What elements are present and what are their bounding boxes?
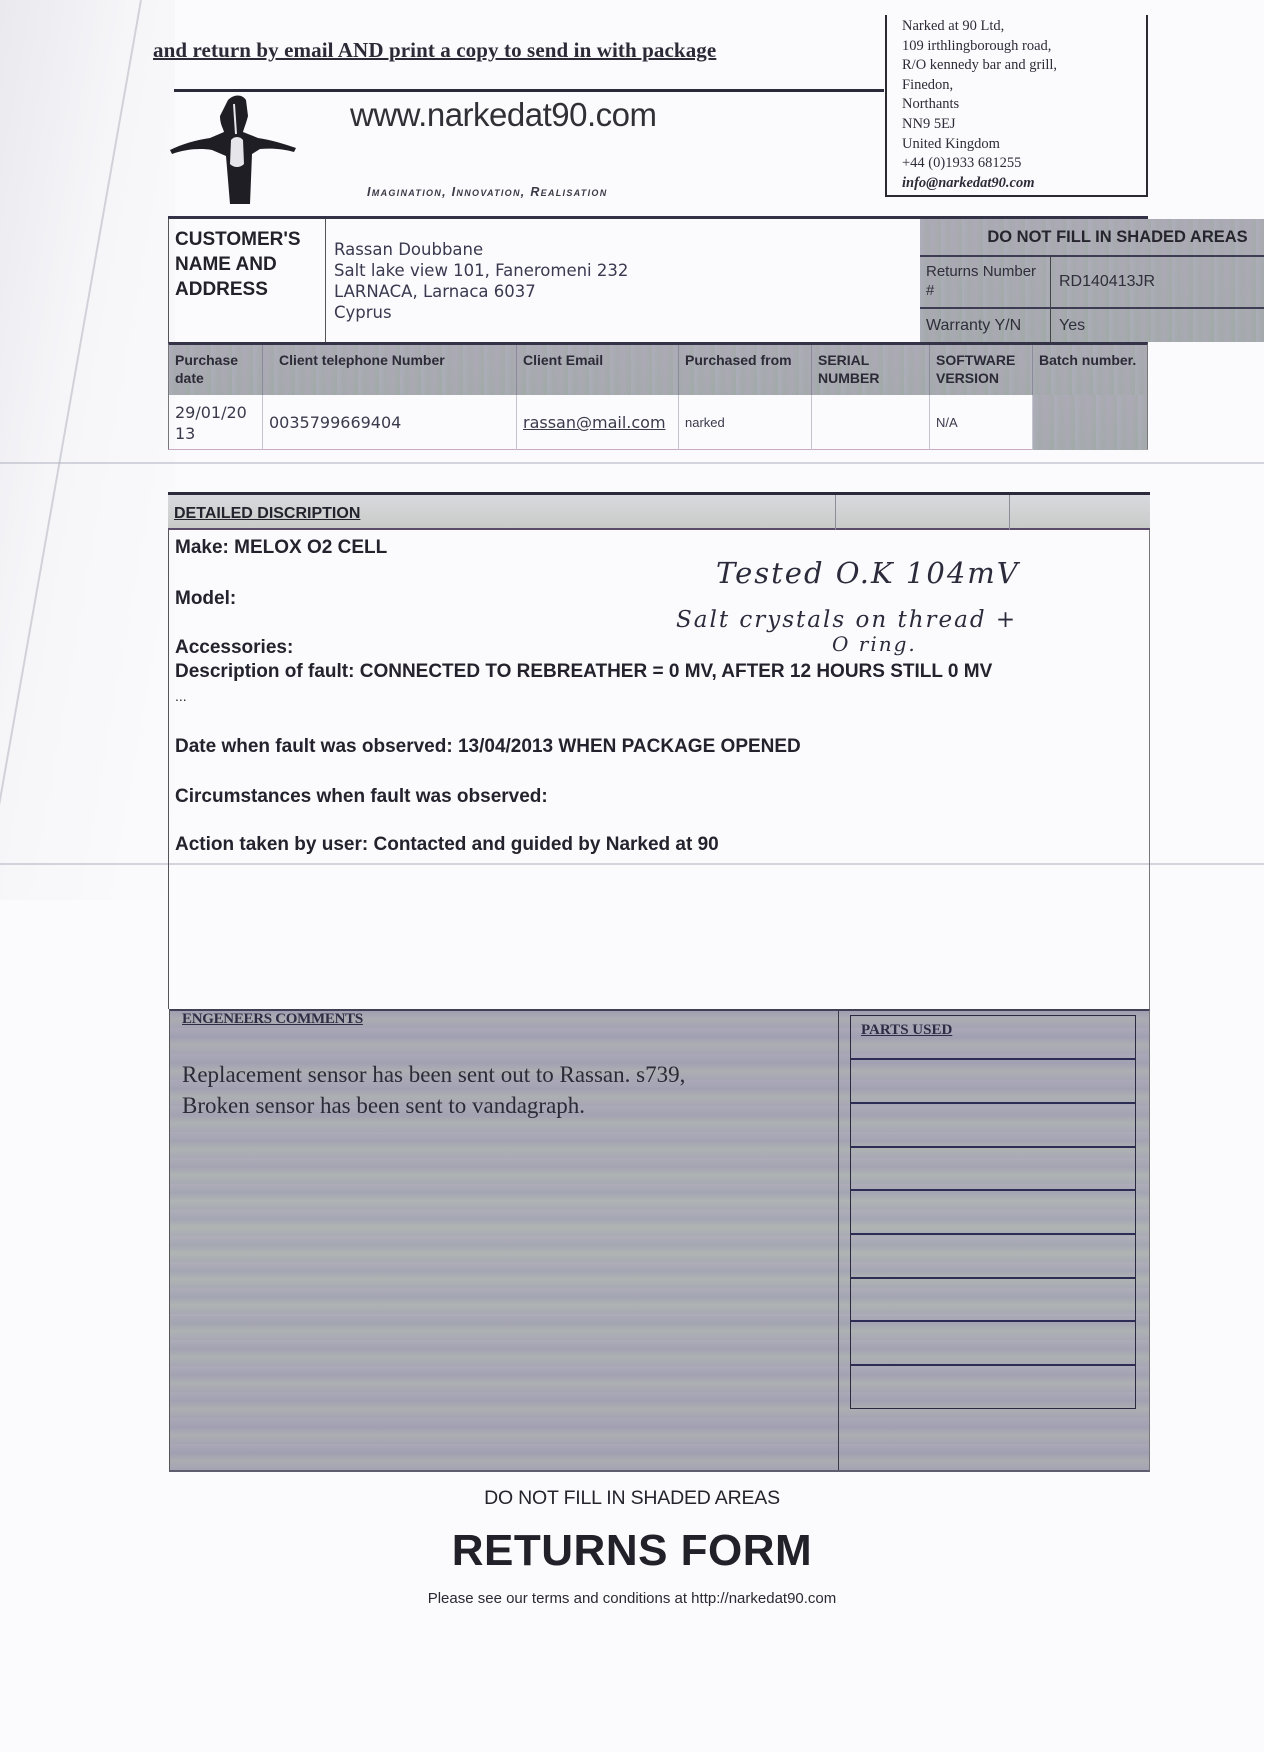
handwritten-note-salt: Salt crystals on thread + (676, 607, 1017, 633)
engineers-comment-text: Replacement sensor has been sent out to … (182, 1059, 685, 1121)
paper-crease (0, 462, 1264, 464)
action-taken-field[interactable]: Action taken by user: Contacted and guid… (175, 834, 719, 856)
detail-header-bar: DETAILED DISCRIPTION (168, 492, 1150, 530)
company-email[interactable]: info@narkedat90.com (902, 174, 1146, 194)
column-header-software-version: SOFTWARE VERSION (930, 345, 1033, 395)
address-line: Northants (902, 95, 1146, 115)
terms-link-text[interactable]: Please see our terms and conditions at h… (0, 1590, 1264, 1607)
detailed-description-section: DETAILED DISCRIPTION Make: MELOX O2 CELL… (168, 492, 1150, 1009)
instruction-text: and return by email AND print a copy to … (153, 38, 716, 63)
customer-address-field[interactable]: Rassan Doubbane Salt lake view 101, Fane… (326, 219, 920, 342)
parts-row-line (851, 1189, 1135, 1191)
company-address-box: Narked at 90 Ltd, 109 irthlingborough ro… (885, 15, 1148, 197)
telephone-cell[interactable]: 0035799669404 (263, 395, 517, 450)
column-header-purchase-date: Purchase date (169, 345, 263, 395)
comment-line: Replacement sensor has been sent out to … (182, 1059, 685, 1090)
label-line: ADDRESS (175, 277, 319, 302)
company-phone: +44 (0)1933 681255 (902, 154, 1146, 174)
label-line: NAME AND (175, 252, 319, 277)
warranty-value: Yes (1051, 309, 1264, 342)
returns-number-label: Returns Number # (920, 257, 1051, 309)
email-cell[interactable]: rassan@mail.com (517, 395, 679, 450)
parts-row-line (851, 1277, 1135, 1279)
divider (838, 1011, 839, 1470)
software-version-cell[interactable]: N/A (930, 395, 1033, 450)
client-email-link[interactable]: rassan@mail.com (523, 412, 666, 433)
make-field[interactable]: Make: MELOX O2 CELL (175, 537, 387, 559)
engineers-comments-title: ENGENEERS COMMENTS (182, 1011, 363, 1028)
customer-table: CUSTOMER'S NAME AND ADDRESS Rassan Doubb… (168, 216, 1148, 342)
column-header-batch-number: Batch number. (1033, 345, 1147, 395)
parts-row-line (851, 1233, 1135, 1235)
comment-line: Broken sensor has been sent to vandagrap… (182, 1090, 685, 1121)
parts-row-line (851, 1058, 1135, 1060)
customer-city: LARNACA, Larnaca 6037 (334, 281, 920, 302)
divider (1009, 495, 1010, 530)
model-field[interactable]: Model: (175, 588, 236, 610)
address-line: Finedon, (902, 76, 1146, 96)
parts-row-line (851, 1102, 1135, 1104)
customer-country: Cyprus (334, 302, 920, 323)
detailed-description-title: DETAILED DISCRIPTION (174, 505, 360, 523)
parts-row-line (851, 1146, 1135, 1148)
address-line: 109 irthlingborough road, (902, 37, 1146, 57)
header-rule (174, 89, 884, 92)
fault-description-field[interactable]: Description of fault: CONNECTED TO REBRE… (175, 661, 992, 683)
outstretched-figure-logo-icon (168, 94, 298, 209)
scan-fold-shadow (0, 0, 175, 900)
column-header-serial-number: SERIAL NUMBER (812, 345, 930, 395)
ellipsis: ... (175, 688, 187, 704)
form-title: RETURNS FORM (0, 1526, 1264, 1576)
customer-name: Rassan Doubbane (334, 239, 920, 260)
shaded-area-heading: DO NOT FILL IN SHADED AREAS (920, 219, 1264, 257)
address-line: Narked at 90 Ltd, (902, 17, 1146, 37)
purchased-from-cell[interactable]: narked (679, 395, 812, 450)
column-header-purchased-from: Purchased from (679, 345, 812, 395)
customer-label: CUSTOMER'S NAME AND ADDRESS (168, 219, 326, 342)
parts-used-title: PARTS USED (861, 1022, 952, 1039)
parts-row-line (851, 1364, 1135, 1366)
parts-used-box: PARTS USED (850, 1015, 1136, 1409)
label-line: CUSTOMER'S (175, 227, 319, 252)
purchase-date-cell[interactable]: 29/01/2013 (169, 395, 263, 450)
warranty-label: Warranty Y/N (920, 309, 1051, 342)
batch-number-cell (1033, 395, 1147, 450)
column-header-telephone: Client telephone Number (263, 345, 517, 395)
serial-number-cell[interactable] (812, 395, 930, 450)
circumstances-field[interactable]: Circumstances when fault was observed: (175, 786, 548, 808)
address-line: United Kingdom (902, 135, 1146, 155)
address-line: R/O kennedy bar and grill, (902, 56, 1146, 76)
parts-row-line (851, 1320, 1135, 1322)
handwritten-note-oring: O ring. (832, 632, 917, 656)
company-tagline: Imagination, Innovation, Realisation (367, 185, 608, 199)
returns-number-value: RD140413JR (1051, 257, 1264, 309)
shaded-areas-note: DO NOT FILL IN SHADED AREAS (0, 1487, 1264, 1510)
divider (835, 495, 836, 530)
address-line: NN9 5EJ (902, 115, 1146, 135)
column-header-email: Client Email (517, 345, 679, 395)
purchase-table: Purchase date Client telephone Number Cl… (168, 342, 1148, 450)
customer-street: Salt lake view 101, Faneromeni 232 (334, 260, 920, 281)
engineers-comments-section: ENGENEERS COMMENTS Replacement sensor ha… (169, 1009, 1150, 1472)
date-observed-field[interactable]: Date when fault was observed: 13/04/2013… (175, 736, 801, 758)
accessories-field[interactable]: Accessories: (175, 637, 293, 659)
website-url[interactable]: www.narkedat90.com (350, 96, 656, 134)
handwritten-note-tested: Tested O.K 104mV (716, 556, 1020, 590)
